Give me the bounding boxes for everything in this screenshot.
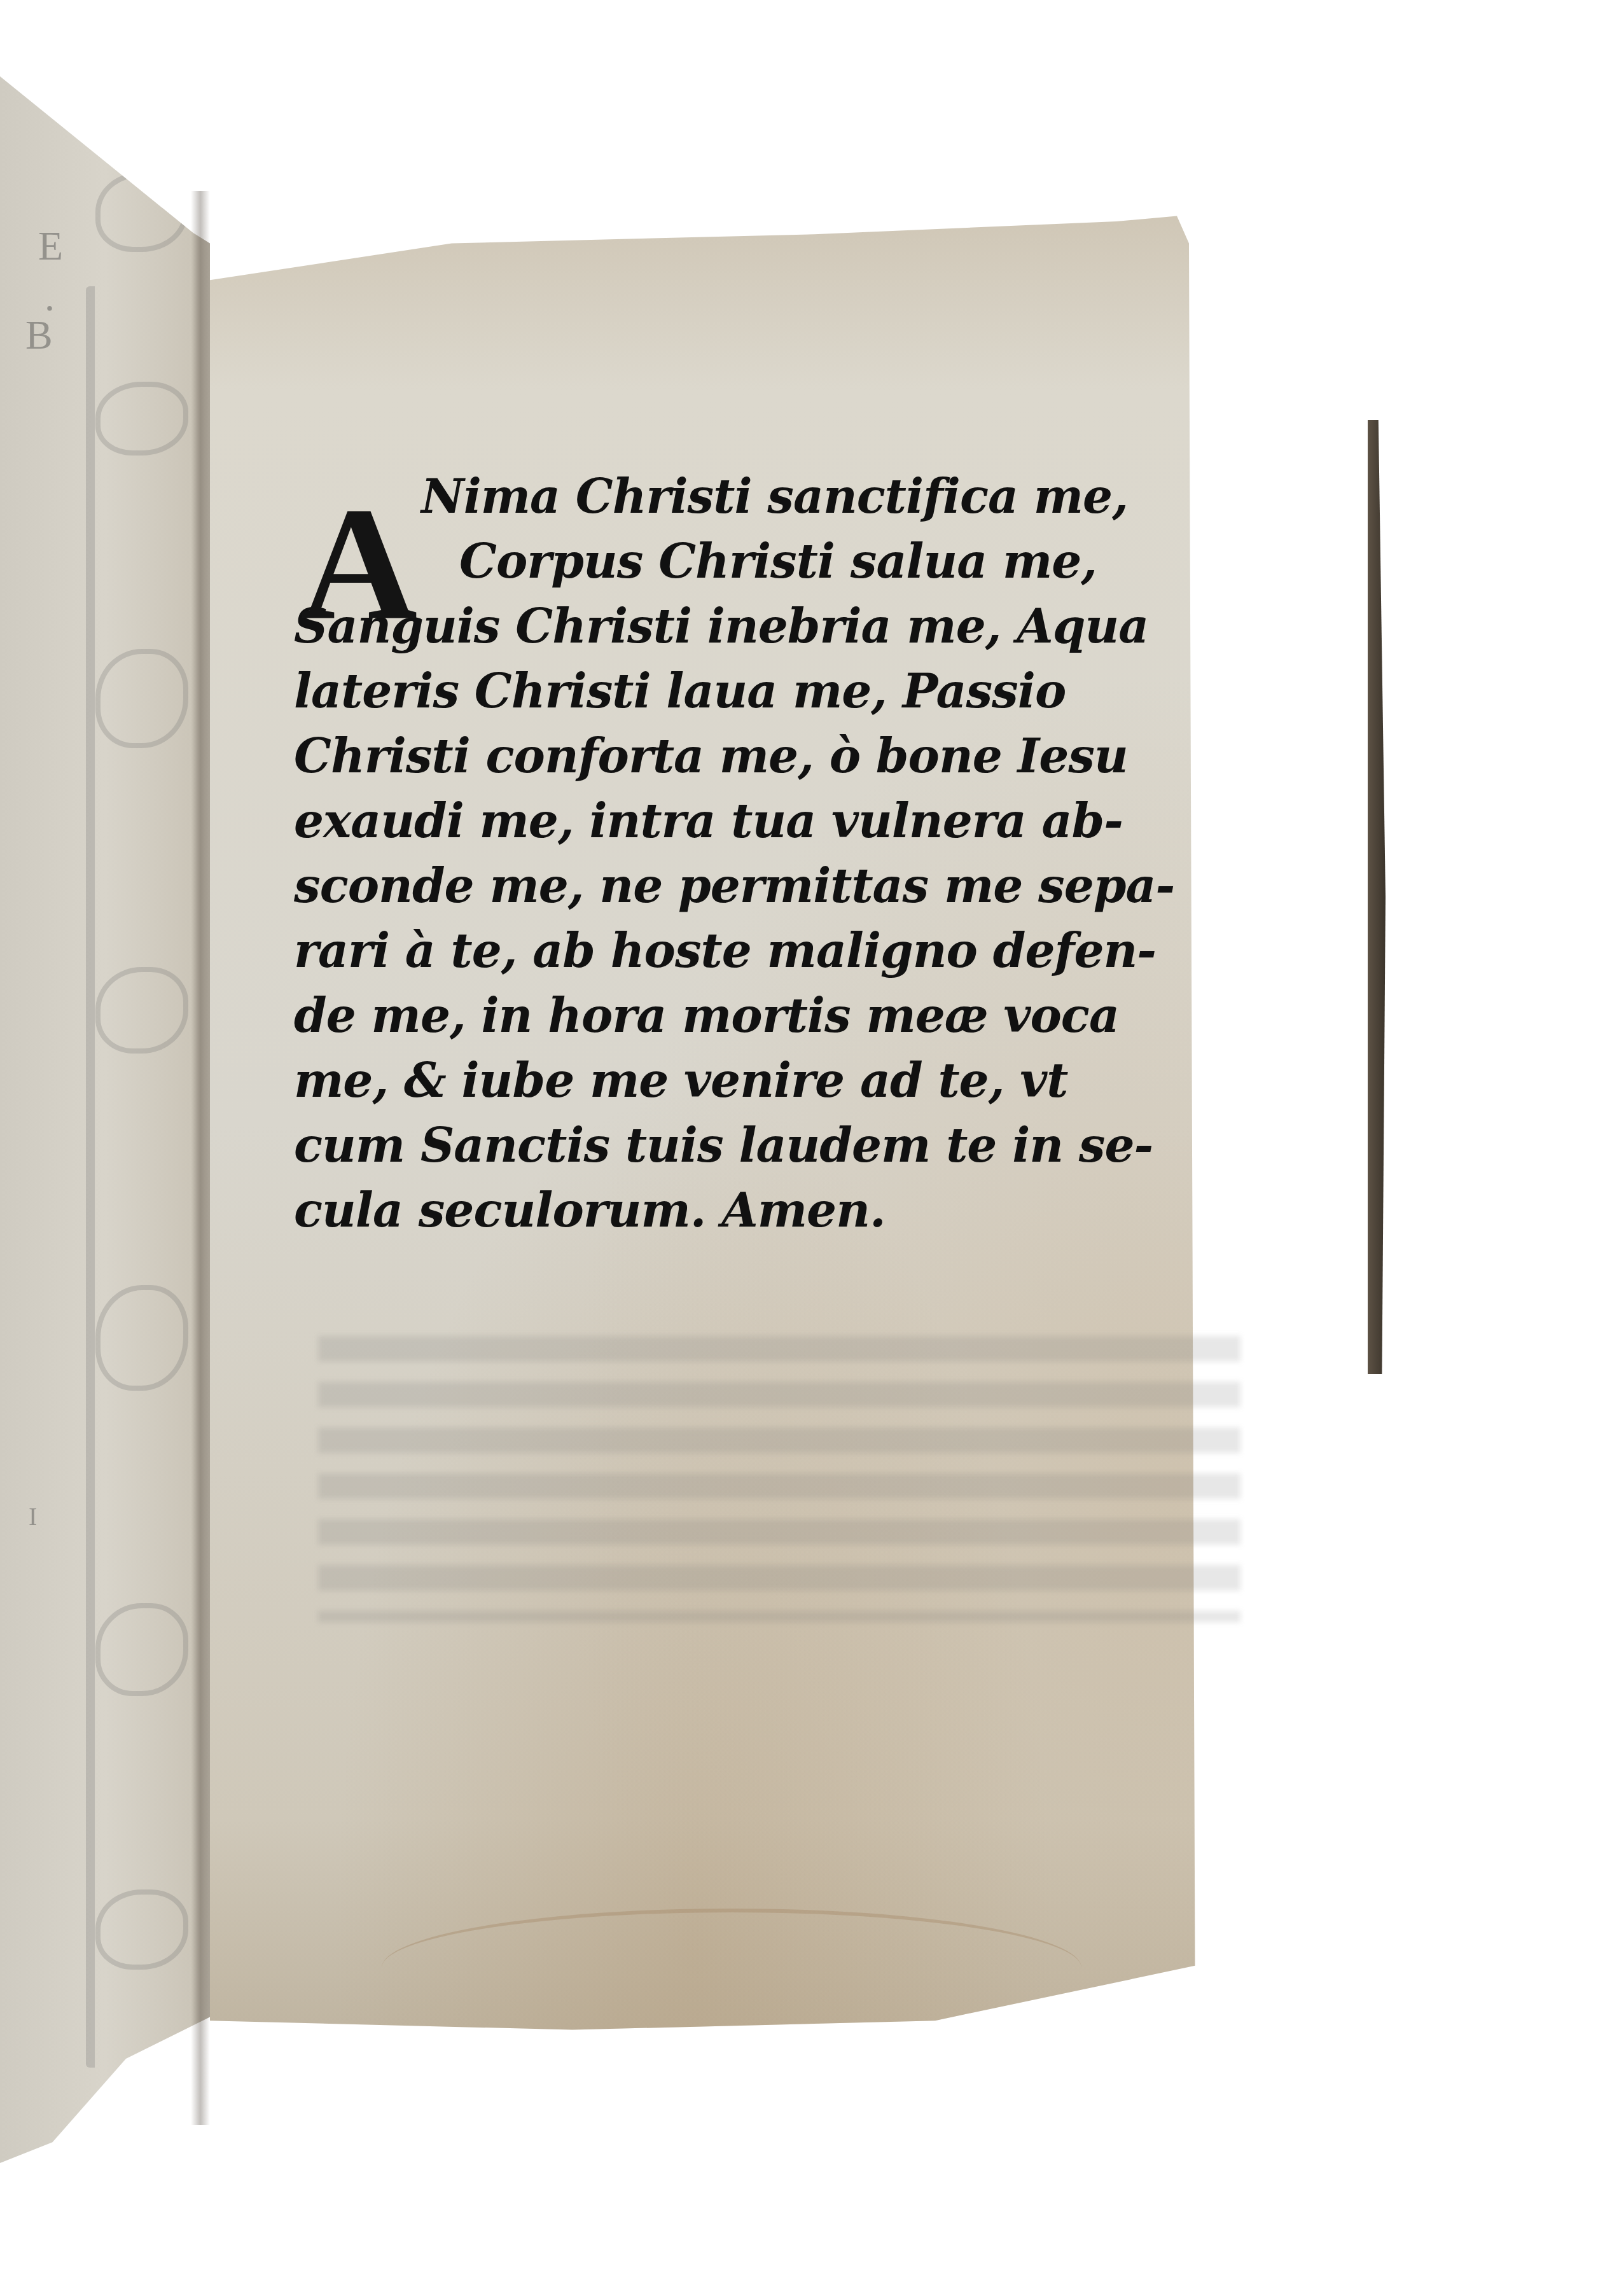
- text-line: Nima Christi sanctifica me,: [294, 464, 1121, 529]
- left-page-verso: E . B I: [0, 76, 210, 2163]
- woodcut-ornament-icon: [95, 1603, 188, 1696]
- text-line: Corpus Christi salua me,: [294, 529, 1121, 594]
- text-line: de me, in hora mortis meæ voca: [294, 984, 1121, 1048]
- page-edge: [1368, 420, 1386, 1374]
- woodcut-ornament-icon: [95, 1285, 188, 1391]
- text-line: Christi conforta me, ò bone Iesu: [294, 724, 1121, 789]
- text-line: sconde me, ne permittas me sepa-: [294, 854, 1121, 919]
- woodcut-ornament-icon: [95, 382, 188, 456]
- prayer-text-block: A Nima Christi sanctifica me, Corpus Chr…: [294, 464, 1121, 1243]
- text-line: Sanguis Christi inebria me, Aqua: [294, 594, 1121, 659]
- text-line: rari à te, ab hoste maligno defen-: [294, 919, 1121, 984]
- ghost-letter: B: [25, 312, 53, 359]
- drop-cap: A: [300, 484, 417, 646]
- woodcut-ornament-icon: [95, 172, 188, 252]
- text-line: cula seculorum. Amen.: [294, 1178, 1121, 1243]
- show-through-text: [318, 1336, 1240, 1622]
- ghost-letter: E: [38, 223, 63, 270]
- ghost-letter: I: [29, 1501, 37, 1531]
- woodcut-ornament-icon: [95, 649, 188, 748]
- text-line: lateris Christi laua me, Passio: [294, 659, 1121, 724]
- text-line: cum Sanctis tuis laudem te in se-: [294, 1113, 1121, 1178]
- woodcut-ornament-icon: [95, 967, 188, 1054]
- woodcut-ornament-icon: [95, 1889, 188, 1970]
- woodcut-border: [86, 286, 190, 2068]
- text-line: exaudi me, intra tua vulnera ab-: [294, 789, 1121, 854]
- book-gutter: [191, 191, 210, 2125]
- text-line: me, & iube me venire ad te, vt: [294, 1048, 1121, 1113]
- water-stain: [382, 1909, 1081, 2027]
